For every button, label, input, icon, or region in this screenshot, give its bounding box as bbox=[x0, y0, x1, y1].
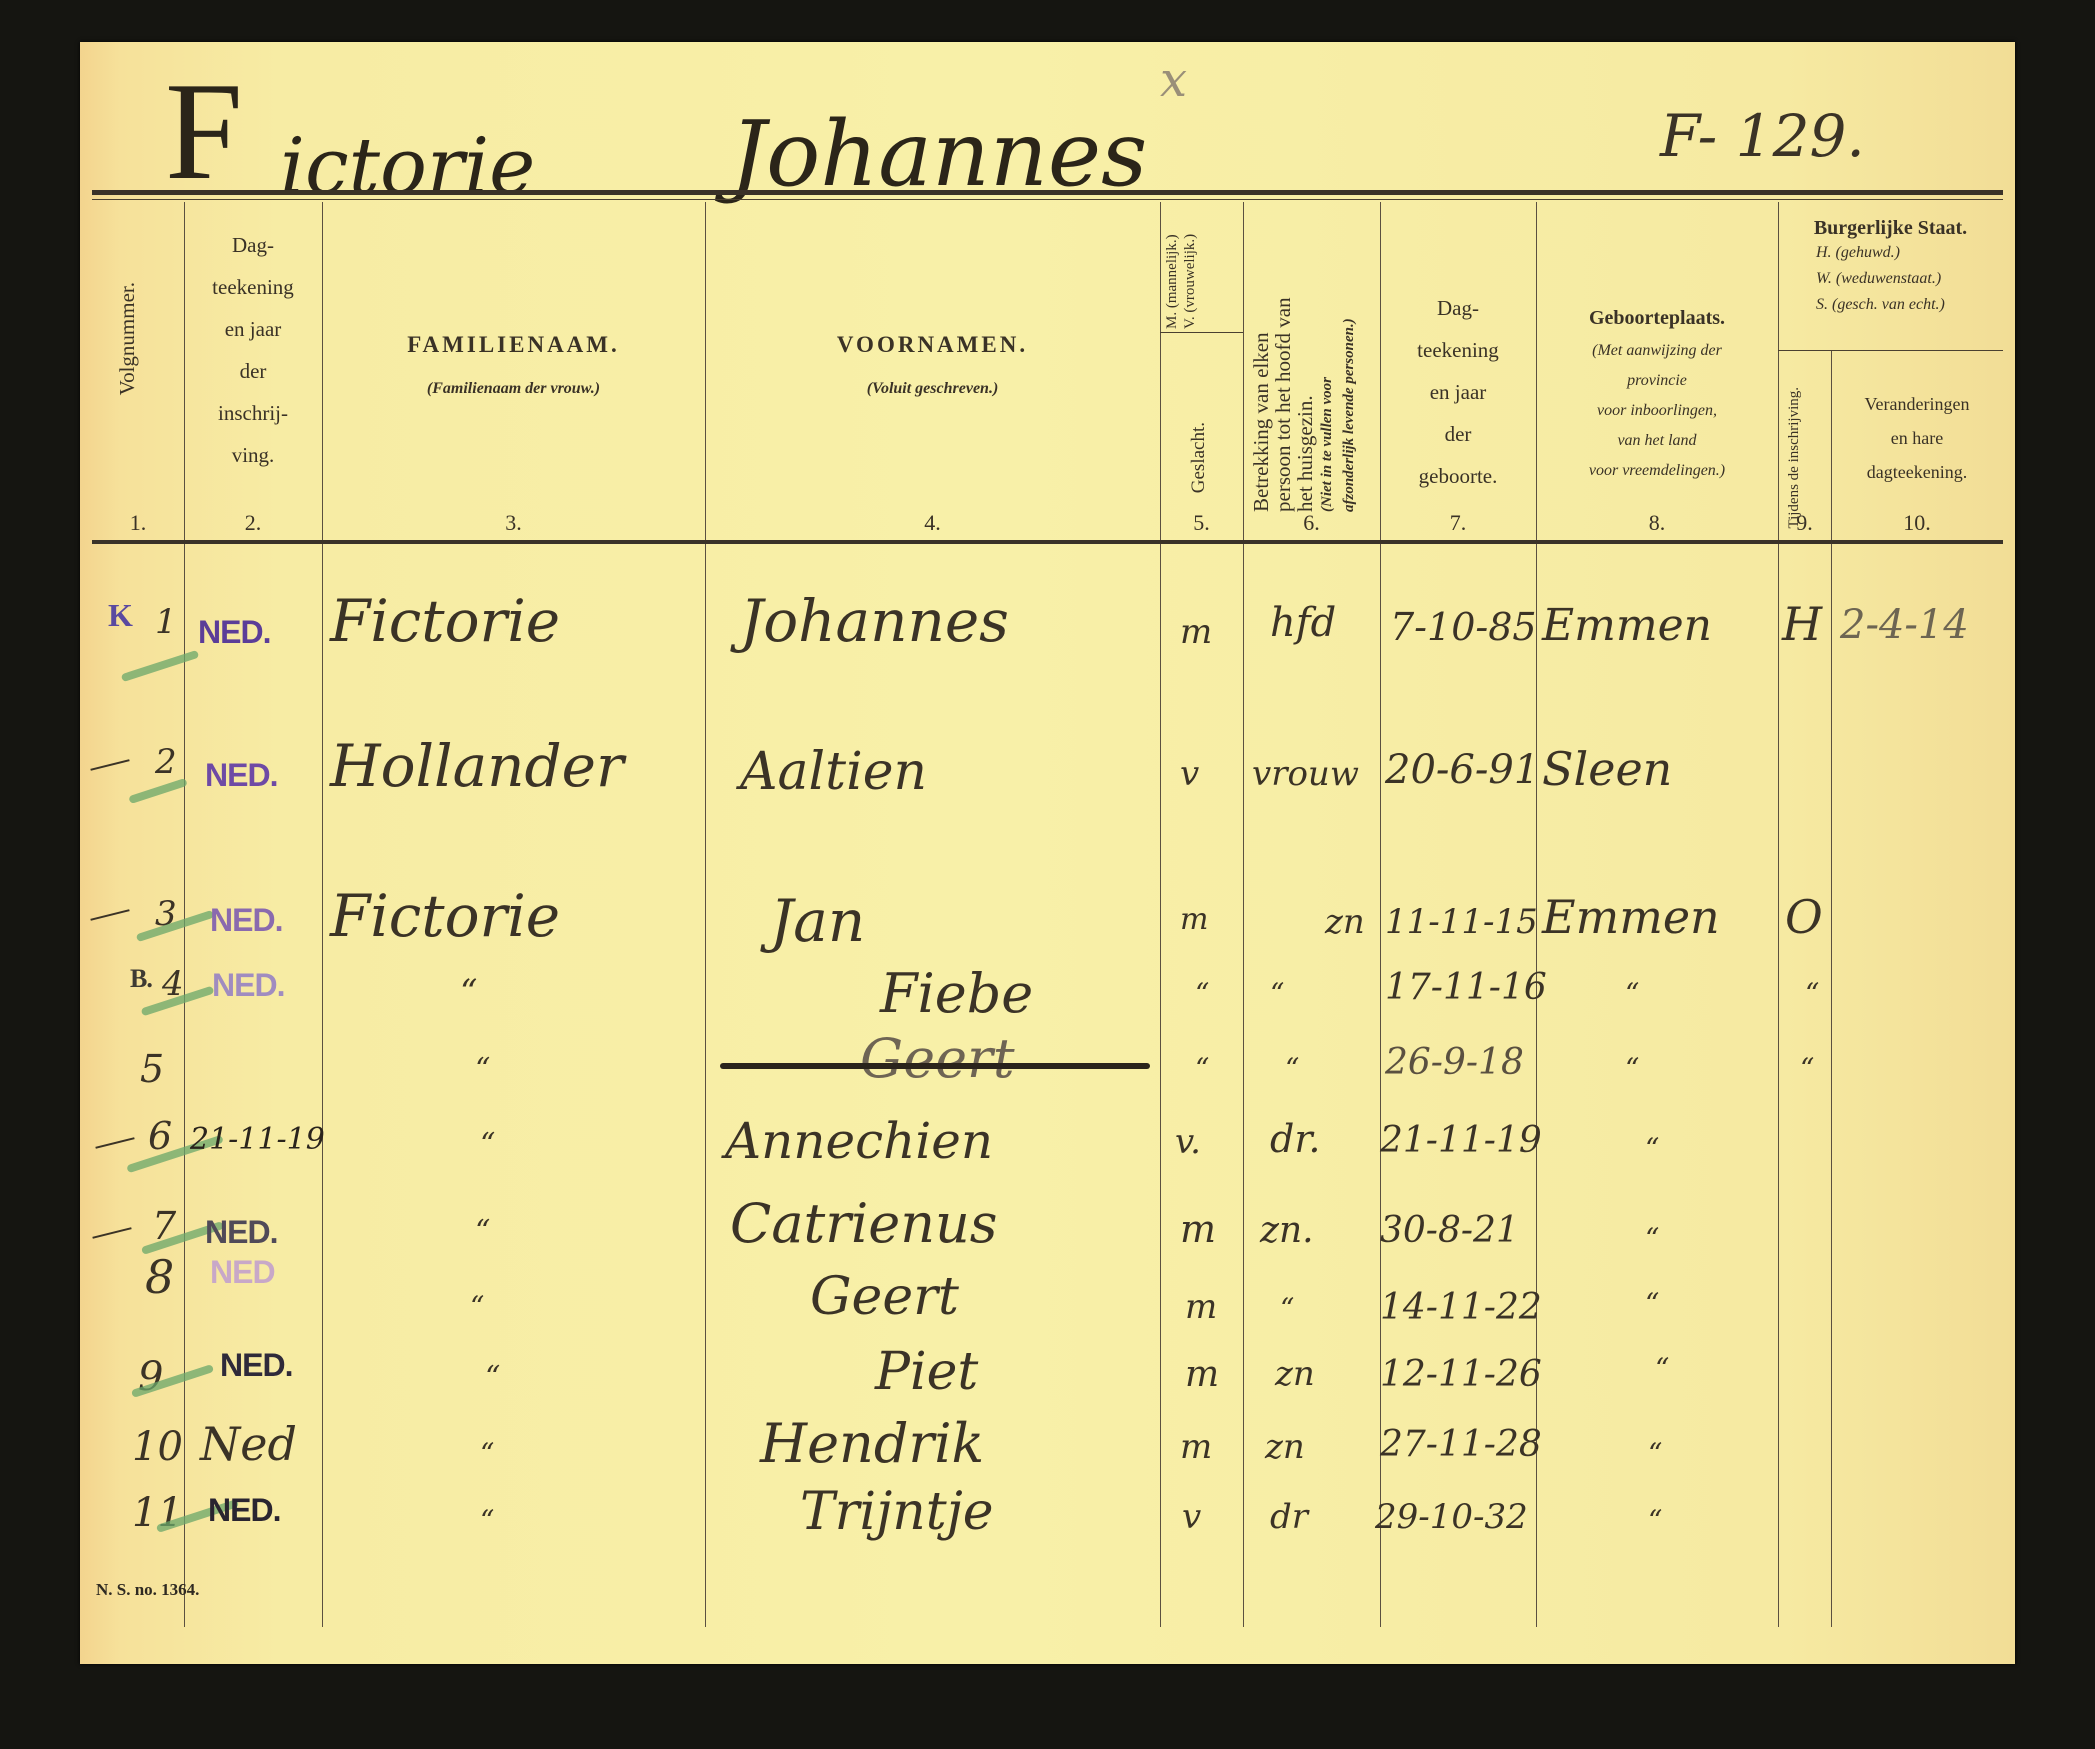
row-3-stamp: NED. bbox=[210, 902, 282, 939]
row-11-geboortedatum: 29-10-32 bbox=[1375, 1497, 1528, 1537]
row-7-geboortedatum: 30-8-21 bbox=[1380, 1210, 1519, 1251]
row-4-voornamen: Fiebe bbox=[880, 962, 1033, 1025]
header-geboortedatum: Dag-teekeningen jaardergeboorte. bbox=[1380, 287, 1536, 497]
row-5-volgnr: 5 bbox=[140, 1047, 164, 1091]
colnum-8: 8. bbox=[1536, 510, 1778, 536]
header-familienaam: FAMILIENAAM. (Familienaam der vrouw.) bbox=[322, 332, 705, 398]
row-11-voornamen: Trijntje bbox=[800, 1482, 994, 1542]
row-2-volgnr: 2 bbox=[155, 742, 177, 782]
row-11-betrekking: dr bbox=[1270, 1497, 1308, 1537]
row-9-familienaam: “ bbox=[485, 1360, 500, 1395]
row-7-geslacht: m bbox=[1180, 1207, 1216, 1251]
row-9-geboortedatum: 12-11-26 bbox=[1380, 1354, 1542, 1395]
row-11-stamp: NED. bbox=[208, 1492, 280, 1529]
row-7-geboorteplaats: “ bbox=[1645, 1222, 1659, 1255]
row-8-betrekking: “ bbox=[1280, 1292, 1294, 1325]
col-divider-4 bbox=[1160, 202, 1161, 1627]
margin-mark-b: B. bbox=[130, 964, 152, 994]
row-8-voornamen: Geert bbox=[810, 1267, 959, 1327]
row-8-familienaam: “ bbox=[470, 1290, 484, 1323]
header-betrekking: Betrekking van elkenpersoon tot het hoof… bbox=[1250, 212, 1360, 512]
header-geslacht: Geslacht. bbox=[1188, 422, 1210, 493]
row-5-betrekking: “ bbox=[1285, 1052, 1299, 1085]
row-10-geboortedatum: 27-11-28 bbox=[1380, 1424, 1542, 1465]
header-mv: M. (mannelijk.)V. (vrouwelijk.) bbox=[1163, 204, 1199, 329]
row-3-geboortedatum: 11-11-15 bbox=[1385, 902, 1538, 942]
data-rule bbox=[92, 540, 2003, 544]
header-tijdens-inschrijving: Tijdens de inschrijving. bbox=[1786, 387, 1826, 529]
row-8-volgnr: 8 bbox=[145, 1250, 174, 1304]
row-10-volgnr: 10 bbox=[132, 1424, 183, 1470]
row-5-geslacht: “ bbox=[1195, 1052, 1209, 1085]
row-2-geslacht: v bbox=[1180, 754, 1199, 794]
row-4-geslacht: “ bbox=[1195, 977, 1209, 1010]
row-1-stamp: NED. bbox=[198, 614, 270, 651]
row-7-stamp: NED. bbox=[205, 1214, 277, 1251]
row-7-betrekking: zn. bbox=[1260, 1210, 1314, 1251]
dash-mark bbox=[90, 759, 129, 771]
row-5-geboorteplaats: “ bbox=[1625, 1052, 1639, 1085]
row-1-veranderingen: 2-4-14 bbox=[1840, 602, 1969, 648]
col-divider-3 bbox=[705, 202, 706, 1627]
row-3-familienaam: Fictorie bbox=[330, 882, 560, 950]
row-5-voornamen-struck: Geert bbox=[860, 1027, 1015, 1090]
margin-mark-k: K bbox=[108, 597, 132, 634]
strikethrough-line bbox=[720, 1063, 1150, 1069]
colnum-3: 3. bbox=[322, 510, 705, 536]
row-8-stamp: NED bbox=[210, 1254, 275, 1291]
row-6-geboorteplaats: “ bbox=[1645, 1132, 1659, 1165]
row-6-geboortedatum: 21-11-19 bbox=[1380, 1120, 1542, 1161]
dash-mark bbox=[92, 1227, 131, 1239]
header-burgerlijke-staat: Burgerlijke Staat. H. (gehuwd.)W. (weduw… bbox=[1778, 217, 2003, 318]
header-veranderingen: Veranderingenen haredagteekening. bbox=[1831, 387, 2003, 489]
row-10-voornamen: Hendrik bbox=[760, 1412, 984, 1475]
green-pencil-mark bbox=[121, 650, 200, 682]
row-6-voornamen: Annechien bbox=[725, 1112, 993, 1170]
row-2-familienaam: Hollander bbox=[330, 732, 624, 800]
col-divider-2 bbox=[322, 202, 323, 1627]
row-9-voornamen: Piet bbox=[875, 1342, 978, 1402]
header-geboorteplaats: Geboorteplaats. (Met aanwijzing derprovi… bbox=[1536, 307, 1778, 486]
row-11-familienaam: “ bbox=[480, 1504, 494, 1537]
row-4-geboorteplaats: “ bbox=[1625, 977, 1639, 1010]
row-9-geslacht: m bbox=[1185, 1354, 1219, 1395]
row-9-geboorteplaats: “ bbox=[1655, 1352, 1669, 1385]
header-inschrijving: Dag-teekeningen jaarderinschrij-ving. bbox=[184, 224, 322, 476]
colnum-5: 5. bbox=[1160, 510, 1243, 536]
row-5-staat: “ bbox=[1800, 1052, 1814, 1085]
col-divider-8 bbox=[1778, 202, 1779, 1627]
row-6-inschrijving-date: 21-11-19 bbox=[190, 1122, 325, 1157]
row-1-geslacht: m bbox=[1180, 612, 1212, 652]
row-2-geboorteplaats: Sleen bbox=[1542, 742, 1672, 796]
colnum-6: 6. bbox=[1243, 510, 1380, 536]
row-9-betrekking: zn bbox=[1275, 1354, 1315, 1394]
colnum-1: 1. bbox=[92, 510, 184, 536]
colnum-2: 2. bbox=[184, 510, 322, 536]
header-rule bbox=[92, 190, 2003, 195]
population-register-card: F ictorie Johannes x F- 129. Volgnummer.… bbox=[80, 42, 2015, 1664]
row-10-stamp: Ned bbox=[200, 1417, 297, 1471]
row-8-geboortedatum: 14-11-22 bbox=[1380, 1287, 1542, 1328]
row-6-betrekking: dr. bbox=[1270, 1117, 1320, 1161]
header-voornamen: VOORNAMEN. (Voluit geschreven.) bbox=[705, 332, 1160, 398]
row-2-betrekking: vrouw bbox=[1252, 754, 1359, 794]
dash-mark bbox=[90, 909, 129, 921]
colnum-7: 7. bbox=[1380, 510, 1536, 536]
row-7-voornamen: Catrienus bbox=[730, 1192, 998, 1255]
row-6-geslacht: v. bbox=[1175, 1122, 1201, 1162]
row-2-voornamen: Aaltien bbox=[740, 742, 927, 802]
row-5-geboortedatum: 26-9-18 bbox=[1385, 1042, 1524, 1083]
row-1-geboorteplaats: Emmen bbox=[1542, 600, 1712, 651]
colnum-4: 4. bbox=[705, 510, 1160, 536]
row-4-geboortedatum: 17-11-16 bbox=[1385, 967, 1547, 1008]
row-1-staat: H bbox=[1782, 597, 1822, 651]
row-4-stamp: NED. bbox=[212, 967, 284, 1004]
row-10-betrekking: zn bbox=[1265, 1427, 1305, 1467]
sex-divider bbox=[1160, 332, 1243, 333]
row-10-geslacht: m bbox=[1180, 1427, 1212, 1467]
row-8-geboorteplaats: “ bbox=[1645, 1287, 1659, 1320]
row-3-geslacht: m bbox=[1180, 902, 1208, 937]
colnum-10: 10. bbox=[1831, 510, 2003, 536]
row-9-stamp: NED. bbox=[220, 1347, 292, 1384]
header-volgnummer: Volgnummer. bbox=[115, 282, 140, 395]
row-3-geboorteplaats: Emmen bbox=[1542, 890, 1720, 944]
row-2-geboortedatum: 20-6-91 bbox=[1385, 747, 1539, 793]
row-10-familienaam: “ bbox=[480, 1437, 494, 1470]
row-1-volgnr: 1 bbox=[155, 602, 177, 642]
card-reference: F- 129. bbox=[1660, 102, 1865, 170]
row-3-betrekking: zn bbox=[1325, 902, 1365, 942]
dash-mark bbox=[95, 1137, 134, 1149]
form-number: N. S. no. 1364. bbox=[96, 1580, 199, 1600]
row-1-familienaam: Fictorie bbox=[330, 587, 560, 655]
row-1-voornamen: Johannes bbox=[740, 587, 1009, 655]
row-4-familienaam: “ bbox=[460, 972, 477, 1012]
row-8-geslacht: m bbox=[1185, 1287, 1217, 1327]
row-3-voornamen: Jan bbox=[770, 887, 865, 955]
colnum-9: 9. bbox=[1778, 510, 1831, 536]
col-divider-5 bbox=[1243, 202, 1244, 1627]
staat-divider bbox=[1778, 350, 2003, 351]
row-1-betrekking: hfd bbox=[1270, 600, 1336, 646]
header-rule-thin bbox=[92, 199, 2003, 200]
row-6-familienaam: “ bbox=[480, 1127, 495, 1162]
row-4-betrekking: “ bbox=[1270, 977, 1284, 1010]
row-4-staat: “ bbox=[1805, 977, 1819, 1010]
row-10-geboorteplaats: “ bbox=[1648, 1437, 1662, 1470]
row-1-geboortedatum: 7-10-85 bbox=[1390, 605, 1537, 649]
row-11-geslacht: v bbox=[1182, 1497, 1201, 1537]
row-5-familienaam: “ bbox=[475, 1052, 490, 1087]
row-7-familienaam: “ bbox=[475, 1214, 490, 1249]
row-11-geboorteplaats: “ bbox=[1648, 1504, 1662, 1537]
family-name-printed-initial: F bbox=[165, 62, 243, 202]
row-3-staat: O bbox=[1785, 890, 1823, 944]
pencil-mark: x bbox=[1160, 52, 1187, 108]
row-2-stamp: NED. bbox=[205, 757, 277, 794]
